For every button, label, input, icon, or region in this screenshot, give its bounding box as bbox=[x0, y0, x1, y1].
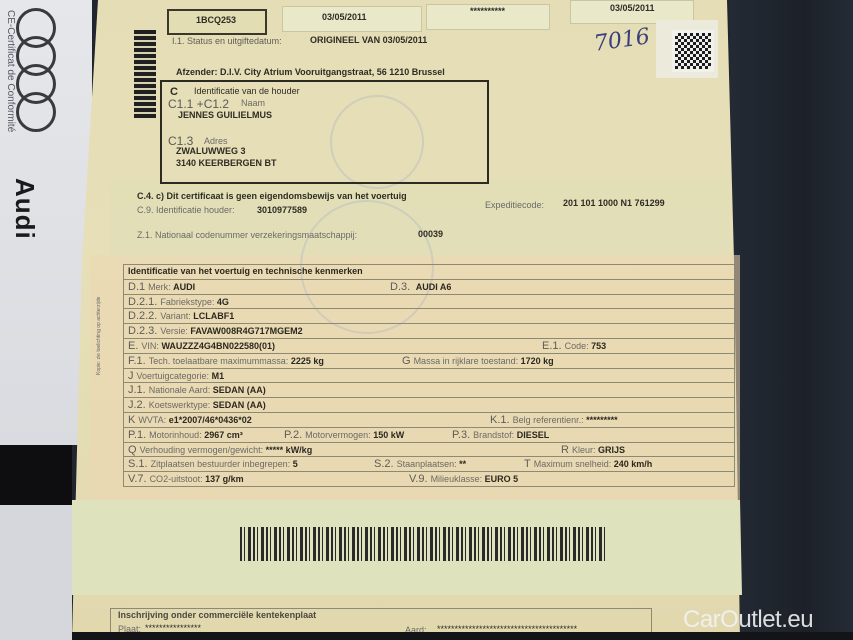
expedition-value: 201 101 1000 N1 761299 bbox=[563, 198, 665, 208]
field-value: AUDI bbox=[173, 282, 195, 292]
table-row: D.2.3.Versie: FAVAW008R4G717MGEM2 bbox=[123, 323, 735, 338]
expedition-label: Expeditiecode: bbox=[485, 200, 544, 210]
table-cell: D.2.1.Fabriekstype: 4G bbox=[128, 296, 229, 308]
address-line-2: 3140 KEERBERGEN BT bbox=[176, 158, 277, 168]
field-code: V.7. bbox=[128, 473, 147, 485]
field-value: LCLABF1 bbox=[193, 311, 234, 321]
field-label: Zitplaatsen bestuurder inbegrepen: bbox=[151, 459, 291, 469]
field-code: S.2. bbox=[374, 458, 394, 470]
holder-name: JENNES GUILIELMUS bbox=[178, 110, 272, 120]
sender: Afzender: D.I.V. City Atrium Vooruitgang… bbox=[176, 67, 445, 77]
field-value: ***** kW/kg bbox=[266, 445, 313, 455]
table-row: J.2.Koetswerktype: SEDAN (AA) bbox=[123, 397, 735, 412]
field-code: F.1. bbox=[128, 355, 146, 367]
field-value: 2967 cm³ bbox=[204, 430, 243, 440]
field-value: GRIJS bbox=[598, 445, 625, 455]
field-code: Q bbox=[128, 444, 137, 456]
field-code: E.1. bbox=[542, 340, 562, 352]
field-label: Nationale Aard: bbox=[149, 385, 211, 395]
table-cell: KWVTA: e1*2007/46*0436*02 bbox=[128, 414, 252, 426]
field-value: 753 bbox=[591, 341, 606, 351]
field-value: 4G bbox=[217, 297, 229, 307]
field-code: D.2.2. bbox=[128, 310, 157, 322]
field-code: P.3. bbox=[452, 429, 470, 441]
table-cell: P.1.Motorinhoud: 2967 cm³ bbox=[128, 429, 243, 441]
field-label: VIN: bbox=[141, 341, 159, 351]
table-cell: D.3. AUDI A6 bbox=[390, 281, 451, 293]
field-value: 5 bbox=[293, 459, 298, 469]
field-value: ** bbox=[459, 459, 466, 469]
field-label: Merk: bbox=[148, 282, 171, 292]
table-cell: P.3.Brandstof: DIESEL bbox=[452, 429, 549, 441]
side-note: Kopie: zie toelichting op achterzijde bbox=[96, 297, 102, 375]
name-label-code: C1.1 +C1.2 bbox=[168, 97, 229, 111]
field-code: P.2. bbox=[284, 429, 302, 441]
vehicle-table: Identificatie van het voertuig en techni… bbox=[123, 264, 735, 487]
field-value: 150 kW bbox=[373, 430, 404, 440]
field-code: S.1. bbox=[128, 458, 148, 470]
holder-section-title: Identificatie van de houder bbox=[194, 86, 300, 96]
z1-label: Z.1. Nationaal codenummer verzekeringsma… bbox=[137, 230, 357, 240]
field-value: M1 bbox=[212, 371, 225, 381]
z1-value: 00039 bbox=[418, 229, 443, 239]
table-cell: E.VIN: WAUZZZ4G4BN022580(01) bbox=[128, 340, 275, 352]
table-cell: D.1Merk: AUDI bbox=[128, 281, 195, 293]
table-cell: QVerhouding vermogen/gewicht: ***** kW/k… bbox=[128, 444, 312, 456]
coc-paper: CE-Certificat de Conformité Audi bbox=[0, 0, 92, 445]
field-value: 1720 kg bbox=[521, 356, 554, 366]
table-cell: E.1.Code: 753 bbox=[542, 340, 606, 352]
field-value: 2225 kg bbox=[291, 356, 324, 366]
field-label: Milieuklasse: bbox=[431, 474, 483, 484]
field-label: Maximum snelheid: bbox=[534, 459, 612, 469]
c9-label: C.9. Identificatie houder: bbox=[137, 205, 235, 215]
table-cell: GMassa in rijklare toestand: 1720 kg bbox=[402, 355, 554, 367]
qr-code-icon bbox=[672, 30, 714, 72]
field-value: WAUZZZ4G4BN022580(01) bbox=[161, 341, 275, 351]
field-value: 240 km/h bbox=[614, 459, 653, 469]
field-value: ********* bbox=[586, 415, 618, 425]
address-label: Adres bbox=[204, 136, 228, 146]
field-label: Staanplaatsen: bbox=[397, 459, 457, 469]
field-code: D.2.1. bbox=[128, 296, 157, 308]
field-code: E. bbox=[128, 340, 138, 352]
c9-value: 3010977589 bbox=[257, 205, 307, 215]
field-code: G bbox=[402, 355, 411, 367]
field-code: J.1. bbox=[128, 384, 146, 396]
field-code: J.2. bbox=[128, 399, 146, 411]
field-value: AUDI A6 bbox=[416, 282, 452, 292]
field-code: D.3. bbox=[390, 281, 410, 293]
table-row: D.2.2.Variant: LCLABF1 bbox=[123, 308, 735, 323]
field-label: Variant: bbox=[160, 311, 190, 321]
field-code: D.2.3. bbox=[128, 325, 157, 337]
field-label: Koetswerktype: bbox=[149, 400, 211, 410]
leather-background bbox=[730, 0, 853, 640]
field-code: K bbox=[128, 414, 135, 426]
dark-gap bbox=[0, 445, 72, 505]
table-cell: S.2.Staanplaatsen: ** bbox=[374, 458, 466, 470]
field-code: R bbox=[561, 444, 569, 456]
table-cell: F.1.Tech. toelaatbare maximummassa: 2225… bbox=[128, 355, 324, 367]
field-label: Tech. toelaatbare maximummassa: bbox=[149, 356, 289, 366]
field-label: CO2-uitstoot: bbox=[150, 474, 203, 484]
field-label: Motorinhoud: bbox=[149, 430, 202, 440]
status-value: ORIGINEEL VAN 03/05/2011 bbox=[310, 35, 427, 45]
field-label: Brandstof: bbox=[473, 430, 514, 440]
field-label: Code: bbox=[565, 341, 589, 351]
table-cell: P.2.Motorvermogen: 150 kW bbox=[284, 429, 404, 441]
table-row: JVoertuigcategorie: M1 bbox=[123, 368, 735, 383]
table-cell: RKleur: GRIJS bbox=[561, 444, 625, 456]
coc-title: CE-Certificat de Conformité bbox=[5, 10, 16, 132]
table-cell: D.2.2.Variant: LCLABF1 bbox=[128, 310, 234, 322]
vertical-barcode bbox=[134, 30, 156, 118]
field-label: Kleur: bbox=[572, 445, 596, 455]
table-row: QVerhouding vermogen/gewicht: ***** kW/k… bbox=[123, 442, 735, 457]
field-code: P.1. bbox=[128, 429, 146, 441]
coc-paper-lower bbox=[0, 505, 72, 640]
table-row: F.1.Tech. toelaatbare maximummassa: 2225… bbox=[123, 353, 735, 368]
field-value: 137 g/km bbox=[205, 474, 244, 484]
commercial-title: Inschrijving onder commerciële kentekenp… bbox=[118, 610, 316, 620]
field-label: WVTA: bbox=[138, 415, 166, 425]
table-header: Identificatie van het voertuig en techni… bbox=[123, 264, 735, 279]
table-row: S.1.Zitplaatsen bestuurder inbegrepen: 5… bbox=[123, 456, 735, 471]
table-cell: J.1.Nationale Aard: SEDAN (AA) bbox=[128, 384, 266, 396]
table-row: J.1.Nationale Aard: SEDAN (AA) bbox=[123, 382, 735, 397]
masked-field: ********** bbox=[470, 6, 505, 16]
c4-note: C.4. c) Dit certificaat is geen eigendom… bbox=[137, 191, 407, 201]
field-value: DIESEL bbox=[517, 430, 550, 440]
table-cell: D.2.3.Versie: FAVAW008R4G717MGEM2 bbox=[128, 325, 303, 337]
field-value: FAVAW008R4G717MGEM2 bbox=[190, 326, 302, 336]
horizontal-barcode bbox=[240, 527, 605, 561]
table-row: KWVTA: e1*2007/46*0436*02K.1.Belg refere… bbox=[123, 412, 735, 427]
field-value: e1*2007/46*0436*02 bbox=[169, 415, 252, 425]
watermark: CarOutlet.eu bbox=[683, 606, 813, 634]
registration-number: 1BCQ253 bbox=[196, 15, 236, 25]
table-cell: JVoertuigcategorie: M1 bbox=[128, 370, 224, 382]
field-value: SEDAN (AA) bbox=[213, 385, 266, 395]
field-code: T bbox=[524, 458, 531, 470]
table-row: D.2.1.Fabriekstype: 4G bbox=[123, 294, 735, 309]
table-cell: J.2.Koetswerktype: SEDAN (AA) bbox=[128, 399, 266, 411]
table-cell: TMaximum snelheid: 240 km/h bbox=[524, 458, 652, 470]
field-label: Verhouding vermogen/gewicht: bbox=[140, 445, 264, 455]
field-label: Versie: bbox=[160, 326, 188, 336]
field-label: Fabriekstype: bbox=[160, 297, 214, 307]
field-label: Motorvermogen: bbox=[305, 430, 371, 440]
address-line-1: ZWALUWWEG 3 bbox=[176, 146, 246, 156]
field-label: Voertuigcategorie: bbox=[137, 371, 210, 381]
table-cell: K.1.Belg referentienr.: ********* bbox=[490, 414, 618, 426]
table-row: P.1.Motorinhoud: 2967 cm³P.2.Motorvermog… bbox=[123, 427, 735, 442]
field-code: K.1. bbox=[490, 414, 510, 426]
field-value: EURO 5 bbox=[485, 474, 519, 484]
status-label: I.1. Status en uitgiftedatum: bbox=[172, 36, 282, 46]
table-cell: V.9.Milieuklasse: EURO 5 bbox=[409, 473, 518, 485]
field-code: V.9. bbox=[409, 473, 428, 485]
first-registration-date: 03/05/2011 bbox=[322, 12, 367, 22]
table-row: D.1Merk: AUDID.3. AUDI A6 bbox=[123, 279, 735, 294]
audi-rings-logo bbox=[10, 8, 62, 138]
field-code: J bbox=[128, 370, 134, 382]
field-label: Massa in rijklare toestand: bbox=[414, 356, 519, 366]
table-row: E.VIN: WAUZZZ4G4BN022580(01)E.1.Code: 75… bbox=[123, 338, 735, 353]
name-label: Naam bbox=[241, 98, 265, 108]
field-label: Belg referentienr.: bbox=[513, 415, 584, 425]
table-cell: V.7.CO2-uitstoot: 137 g/km bbox=[128, 473, 244, 485]
issue-date: 03/05/2011 bbox=[610, 3, 655, 13]
vehicle-table-title: Identificatie van het voertuig en techni… bbox=[128, 266, 363, 276]
audi-wordmark: Audi bbox=[9, 178, 40, 240]
field-value: SEDAN (AA) bbox=[213, 400, 266, 410]
field-code: D.1 bbox=[128, 281, 145, 293]
table-cell: S.1.Zitplaatsen bestuurder inbegrepen: 5 bbox=[128, 458, 298, 470]
table-row: V.7.CO2-uitstoot: 137 g/kmV.9.Milieuklas… bbox=[123, 471, 735, 487]
